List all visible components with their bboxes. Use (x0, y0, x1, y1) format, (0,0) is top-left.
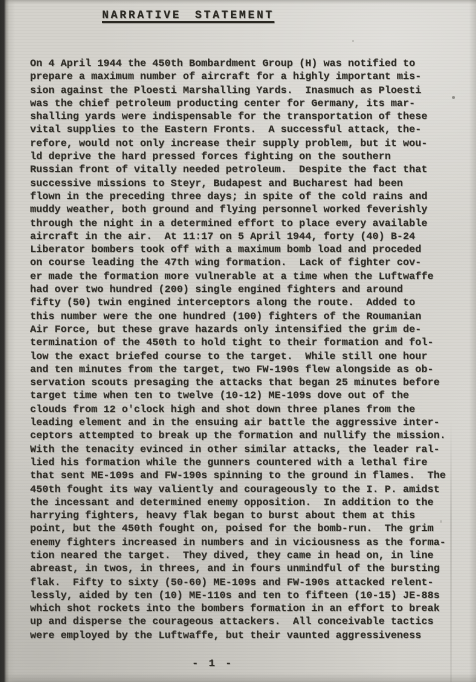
page-number: - 1 - (192, 658, 234, 670)
document-body: On 4 April 1944 the 450th Bombardment Gr… (30, 58, 470, 643)
paper-crease (450, 420, 452, 682)
scan-speck (352, 40, 354, 42)
scan-speck (440, 520, 442, 523)
scan-speck (452, 96, 455, 99)
document-page: NARRATIVE STATEMENT On 4 April 1944 the … (0, 0, 476, 682)
document-title: NARRATIVE STATEMENT (102, 10, 274, 22)
